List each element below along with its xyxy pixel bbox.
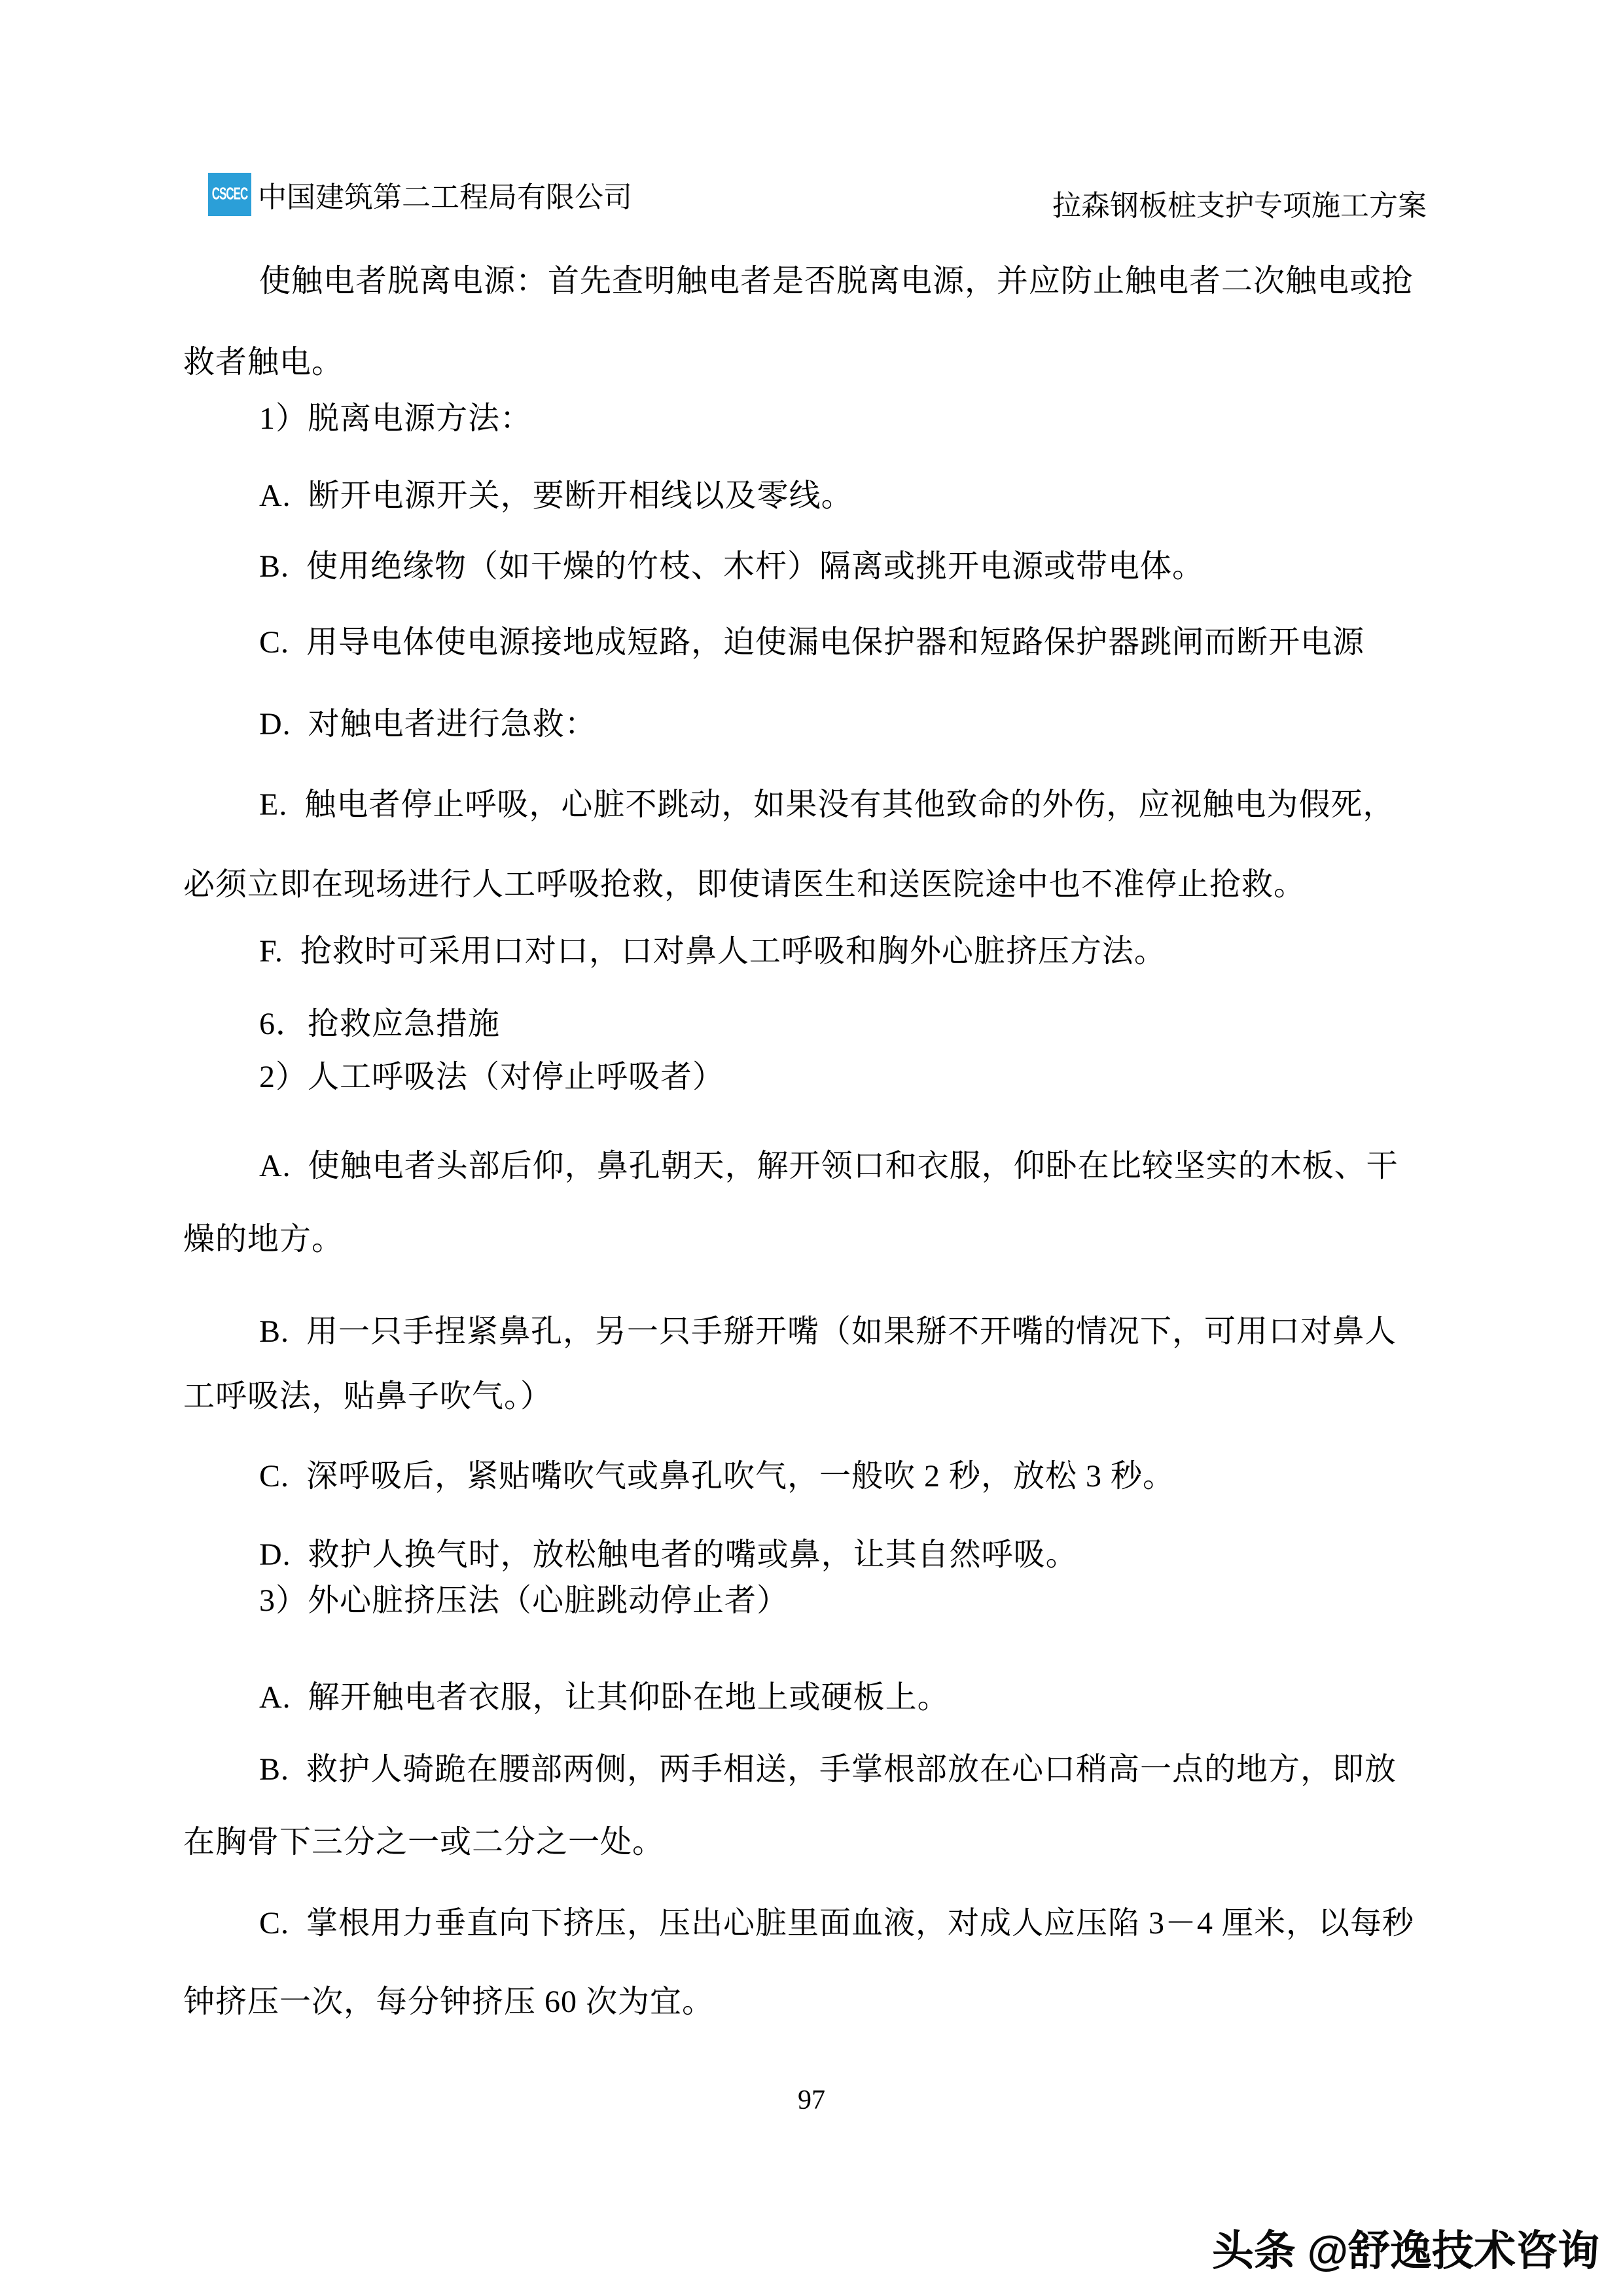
- document-page: CSCEC 中国建筑第二工程局有限公司 拉森钢板桩支护专项施工方案 使触电者脱离…: [0, 0, 1623, 2296]
- body-line: 3）外心脏挤压法（心脏跳动停止者）: [259, 1581, 789, 1621]
- body-line: 工呼吸法，贴鼻子吹气。）: [183, 1377, 552, 1416]
- body-line: 使触电者脱离电源：首先查明触电者是否脱离电源，并应防止触电者二次触电或抢: [259, 262, 1414, 301]
- body-line: A. 解开触电者衣服，让其仰卧在地上或硬板上。: [259, 1678, 950, 1717]
- page-number: 97: [0, 2085, 1623, 2116]
- body-line: B. 救护人骑跪在腰部两侧，两手相送，手掌根部放在心口稍高一点的地方，即放: [259, 1750, 1397, 1789]
- header-doc-title: 拉森钢板桩支护专项施工方案: [1052, 182, 1427, 224]
- body-line: D. 救护人换气时，放松触电者的嘴或鼻，让其自然呼吸。: [259, 1535, 1078, 1575]
- logo-text: CSCEC: [212, 185, 248, 204]
- body-line: 1）脱离电源方法：: [259, 399, 532, 439]
- body-line: 钟挤压一次，每分钟挤压 60 次为宜。: [183, 1982, 714, 2022]
- body-line: 在胸骨下三分之一或二分之一处。: [183, 1823, 664, 1862]
- body-line: B. 使用绝缘物（如干燥的竹枝、木杆）隔离或挑开电源或带电体。: [259, 547, 1204, 586]
- body-line: A. 断开电源开关，要断开相线以及零线。: [259, 476, 853, 516]
- body-line: C. 深呼吸后，紧贴嘴吹气或鼻孔吹气，一般吹 2 秒，放松 3 秒。: [259, 1457, 1175, 1496]
- body-line: B. 用一只手捏紧鼻孔，另一只手掰开嘴（如果掰不开嘴的情况下，可用口对鼻人: [259, 1312, 1397, 1352]
- body-line: A. 使触电者头部后仰，鼻孔朝天，解开领口和衣服，仰卧在比较坚实的木板、干: [259, 1147, 1399, 1186]
- toutiao-watermark: 头条 @舒逸技术咨询: [1212, 2217, 1599, 2278]
- body-line: C. 掌根用力垂直向下挤压，压出心脏里面血液，对成人应压陷 3－4 厘米，以每秒: [259, 1904, 1414, 1943]
- body-line: F. 抢救时可采用口对口，口对鼻人工呼吸和胸外心脏挤压方法。: [259, 932, 1166, 971]
- body-line: 6．抢救应急措施: [259, 1005, 500, 1044]
- body-line: E. 触电者停止呼吸，心脏不跳动，如果没有其他致命的外伤，应视触电为假死，: [259, 785, 1395, 825]
- body-line: 燥的地方。: [183, 1220, 344, 1259]
- body-line: C. 用导电体使电源接地成短路，迫使漏电保护器和短路保护器跳闸而断开电源: [259, 623, 1364, 662]
- body-line: D. 对触电者进行急救：: [259, 705, 597, 744]
- body-line: 必须立即在现场进行人工呼吸抢救，即使请医生和送医院途中也不准停止抢救。: [183, 865, 1306, 905]
- page-header-left: CSCEC 中国建筑第二工程局有限公司: [208, 171, 632, 217]
- header-company-name: 中国建筑第二工程局有限公司: [258, 173, 632, 215]
- body-line: 2）人工呼吸法（对停止呼吸者）: [259, 1058, 724, 1097]
- cscec-logo-icon: CSCEC: [208, 173, 251, 216]
- body-line: 救者触电。: [183, 343, 344, 382]
